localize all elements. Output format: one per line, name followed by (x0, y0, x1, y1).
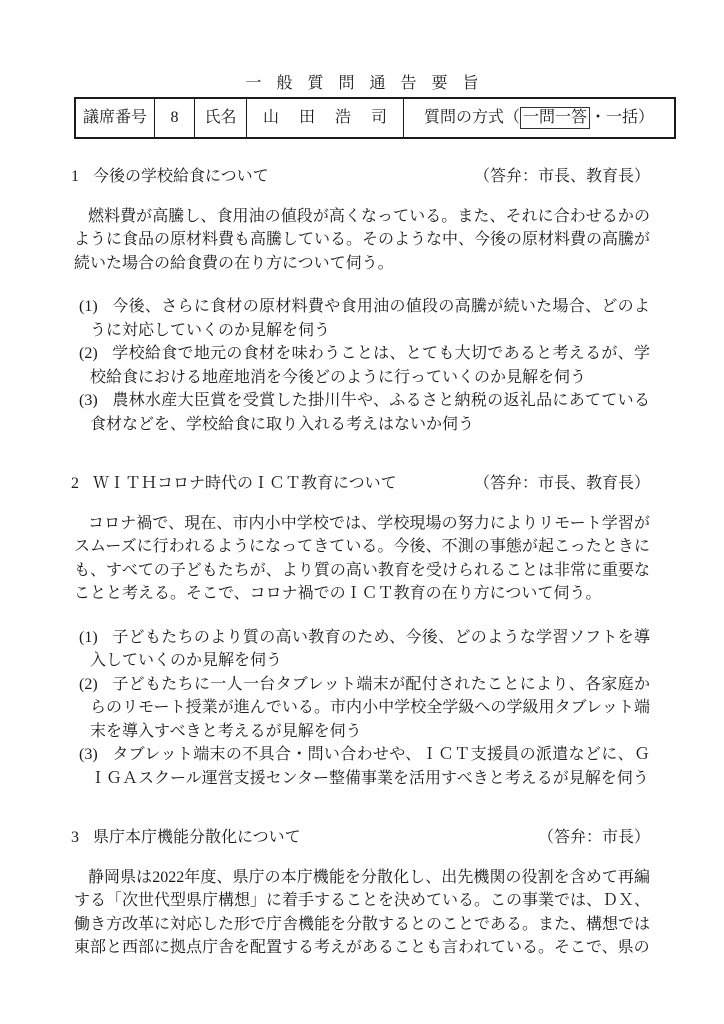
item-text: タブレット端末の不具合・問い合わせや、ＩＣＴ支援員の派遣などに、ＧＩＧＡスクール… (90, 746, 650, 787)
section-heading-left: 2ＷＩＴＨコロナ時代のＩＣＴ教育について (71, 472, 397, 496)
section-number: 2 (71, 472, 93, 496)
section-title: ＷＩＴＨコロナ時代のＩＣＴ教育について (93, 475, 397, 492)
question-method-cell: 質問の方式（一問一答・一括） (404, 98, 676, 138)
section-body: 静岡県は2022年度、県庁の本庁機能を分散化し、出先機関の役割を含めて再編する「… (74, 866, 650, 960)
name-value-text: 山田浩司 (263, 109, 404, 126)
paren-close: ） (638, 109, 654, 126)
item-number: (3) (79, 743, 112, 767)
header-table: 議席番号 8 氏名 山田浩司 質問の方式（一問一答・一括） (74, 97, 676, 139)
item-text: 農林水産大臣賞を受賞した掛川牛や、ふるさと納税の返礼品にあてている食材などを、学… (90, 392, 650, 433)
question-item: (2)学校給食で地元の食材を味わうことは、とても大切であると考えるが、学校給食に… (74, 342, 650, 389)
item-text: 今後、さらに食材の原材料費や食用油の値段の高騰が続いた場合、どのように対応してい… (90, 298, 650, 339)
item-text: 子どもたちに一人一台タブレット端末が配付されたことにより、各家庭からのリモート授… (90, 676, 650, 740)
question-item: (2)子どもたちに一人一台タブレット端末が配付されたことにより、各家庭からのリモ… (74, 673, 650, 744)
item-text: 学校給食で地元の食材を味わうことは、とても大切であると考えるが、学校給食における… (90, 345, 650, 386)
section-1: 1今後の学校給食について （答弁：市長、教育長） 燃料費が高騰し、食用油の値段が… (74, 165, 650, 436)
section-body: 燃料費が高騰し、食用油の値段が高くなっている。また、それに合わせるかのように食品… (74, 205, 650, 276)
item-number: (2) (79, 673, 112, 697)
page-title-text: 一般質問通告要旨 (245, 75, 493, 92)
section-heading-left: 3県庁本庁機能分散化について (71, 826, 301, 850)
document-page: 一般質問通告要旨 議席番号 8 氏名 山田浩司 質問の方式（一問一答・一括） 1… (0, 0, 724, 1024)
section-heading: 2ＷＩＴＨコロナ時代のＩＣＴ教育について （答弁：市長、教育長） (71, 472, 650, 496)
page-title: 一般質問通告要旨 (74, 72, 650, 95)
question-method-label: 質問の方式 (424, 109, 504, 126)
section-2: 2ＷＩＴＨコロナ時代のＩＣＴ教育について （答弁：市長、教育長） コロナ禍で、現… (74, 472, 650, 790)
seat-number-label: 議席番号 (75, 98, 155, 138)
name-label: 氏名 (195, 98, 247, 138)
section-title: 今後の学校給食について (93, 168, 269, 185)
section-number: 1 (71, 165, 93, 189)
section-3: 3県庁本庁機能分散化について （答弁：市長） 静岡県は2022年度、県庁の本庁機… (74, 826, 650, 960)
item-number: (3) (79, 389, 112, 413)
question-items: (1)子どもたちのより質の高い教育のため、今後、どのような学習ソフトを導入してい… (74, 626, 650, 791)
section-title: 県庁本庁機能分散化について (93, 829, 301, 846)
seat-number-value: 8 (155, 98, 195, 138)
header-table-row: 議席番号 8 氏名 山田浩司 質問の方式（一問一答・一括） (75, 98, 675, 138)
section-respondent: （答弁：市長、教育長） (474, 165, 650, 189)
section-heading: 3県庁本庁機能分散化について （答弁：市長） (71, 826, 650, 850)
question-method-alternative: 一括 (606, 109, 638, 126)
question-items: (1)今後、さらに食材の原材料費や食用油の値段の高騰が続いた場合、どのように対応… (74, 295, 650, 436)
method-separator: ・ (590, 109, 606, 126)
question-item: (3)タブレット端末の不具合・問い合わせや、ＩＣＴ支援員の派遣などに、ＧＩＧＡス… (74, 743, 650, 790)
question-method-selected: 一問一答 (520, 107, 590, 129)
section-body: コロナ禍で、現在、市内小中学校では、学校現場の努力によりリモート学習がスムーズに… (74, 512, 650, 606)
section-respondent: （答弁：市長） (538, 826, 650, 850)
question-item: (1)今後、さらに食材の原材料費や食用油の値段の高騰が続いた場合、どのように対応… (74, 295, 650, 342)
section-heading: 1今後の学校給食について （答弁：市長、教育長） (71, 165, 650, 189)
section-respondent: （答弁：市長、教育長） (474, 472, 650, 496)
item-number: (2) (79, 342, 112, 366)
item-text: 子どもたちのより質の高い教育のため、今後、どのような学習ソフトを導入していくのか… (90, 629, 650, 670)
item-number: (1) (79, 295, 112, 319)
section-number: 3 (71, 826, 93, 850)
section-heading-left: 1今後の学校給食について (71, 165, 269, 189)
paren-open: （ (504, 109, 520, 126)
item-number: (1) (79, 626, 112, 650)
question-item: (3)農林水産大臣賞を受賞した掛川牛や、ふるさと納税の返礼品にあてている食材など… (74, 389, 650, 436)
question-item: (1)子どもたちのより質の高い教育のため、今後、どのような学習ソフトを導入してい… (74, 626, 650, 673)
name-value: 山田浩司 (247, 98, 404, 138)
